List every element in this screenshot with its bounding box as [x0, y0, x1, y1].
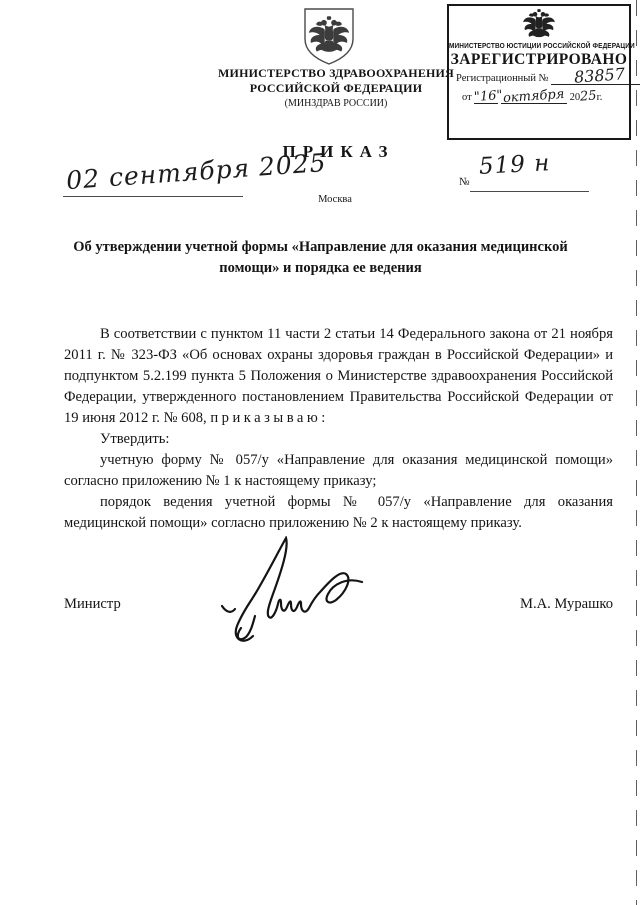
stamp-reg-label: Регистрационный №	[456, 73, 549, 84]
signer-name: М.А. Мурашко	[520, 596, 613, 613]
stamp-date-month-handwritten: октября	[503, 89, 565, 104]
scan-artifact-line	[636, 0, 638, 905]
stamp-date-day-underline: "16"	[474, 91, 498, 104]
order-city: Москва	[175, 194, 495, 205]
stamp-year-handwritten: 25	[580, 88, 598, 104]
order-body: В соответствии с пунктом 11 части 2 стат…	[64, 324, 613, 534]
stamp-date-month-underline: октября	[501, 91, 567, 104]
body-paragraph-4: порядок ведения учетной формы № 057/у «Н…	[64, 492, 613, 534]
signer-position: Министр	[64, 596, 121, 613]
order-number-handwritten: 519 н	[478, 150, 551, 180]
stamp-date-line: от "16" октября 2025г.	[449, 89, 629, 104]
body-paragraph-2: Утвердить:	[64, 429, 613, 450]
stamp-reg-number-underline: 83857	[551, 70, 640, 85]
stamp-reg-number-handwritten: 83857	[573, 68, 625, 83]
stamp-year-printed: 20	[570, 92, 581, 103]
stamp-registration-number-line: Регистрационный № 83857	[449, 70, 629, 85]
body-paragraph-1-emphasis: приказываю:	[210, 410, 328, 426]
minister-signature-scribble	[219, 536, 371, 648]
stamp-date-day-handwritten: "16"	[474, 90, 503, 103]
stamp-year-suffix: г.	[597, 92, 603, 103]
order-number-label: №	[459, 176, 470, 188]
body-paragraph-3: учетную форму № 057/у «Направление для о…	[64, 450, 613, 492]
justice-registration-stamp: МИНИСТЕРСТВО ЮСТИЦИИ РОССИЙСКОЙ ФЕДЕРАЦИ…	[447, 4, 631, 140]
stamp-date-prefix: от	[462, 92, 472, 103]
body-paragraph-1: В соответствии с пунктом 11 части 2 стат…	[64, 324, 613, 429]
justice-ministry-emblem-icon	[520, 8, 558, 42]
order-number-underline	[470, 191, 589, 192]
order-subject: Об утверждении учетной формы «Направлени…	[48, 237, 593, 279]
document-page: МИНИСТЕРСТВО ЗДРАВООХРАНЕНИЯ РОССИЙСКОЙ …	[0, 0, 640, 905]
body-paragraph-1-text: В соответствии с пунктом 11 части 2 стат…	[64, 326, 613, 426]
health-ministry-emblem-icon	[297, 7, 361, 67]
stamp-agency-name: МИНИСТЕРСТВО ЮСТИЦИИ РОССИЙСКОЙ ФЕДЕРАЦИ…	[449, 42, 629, 50]
